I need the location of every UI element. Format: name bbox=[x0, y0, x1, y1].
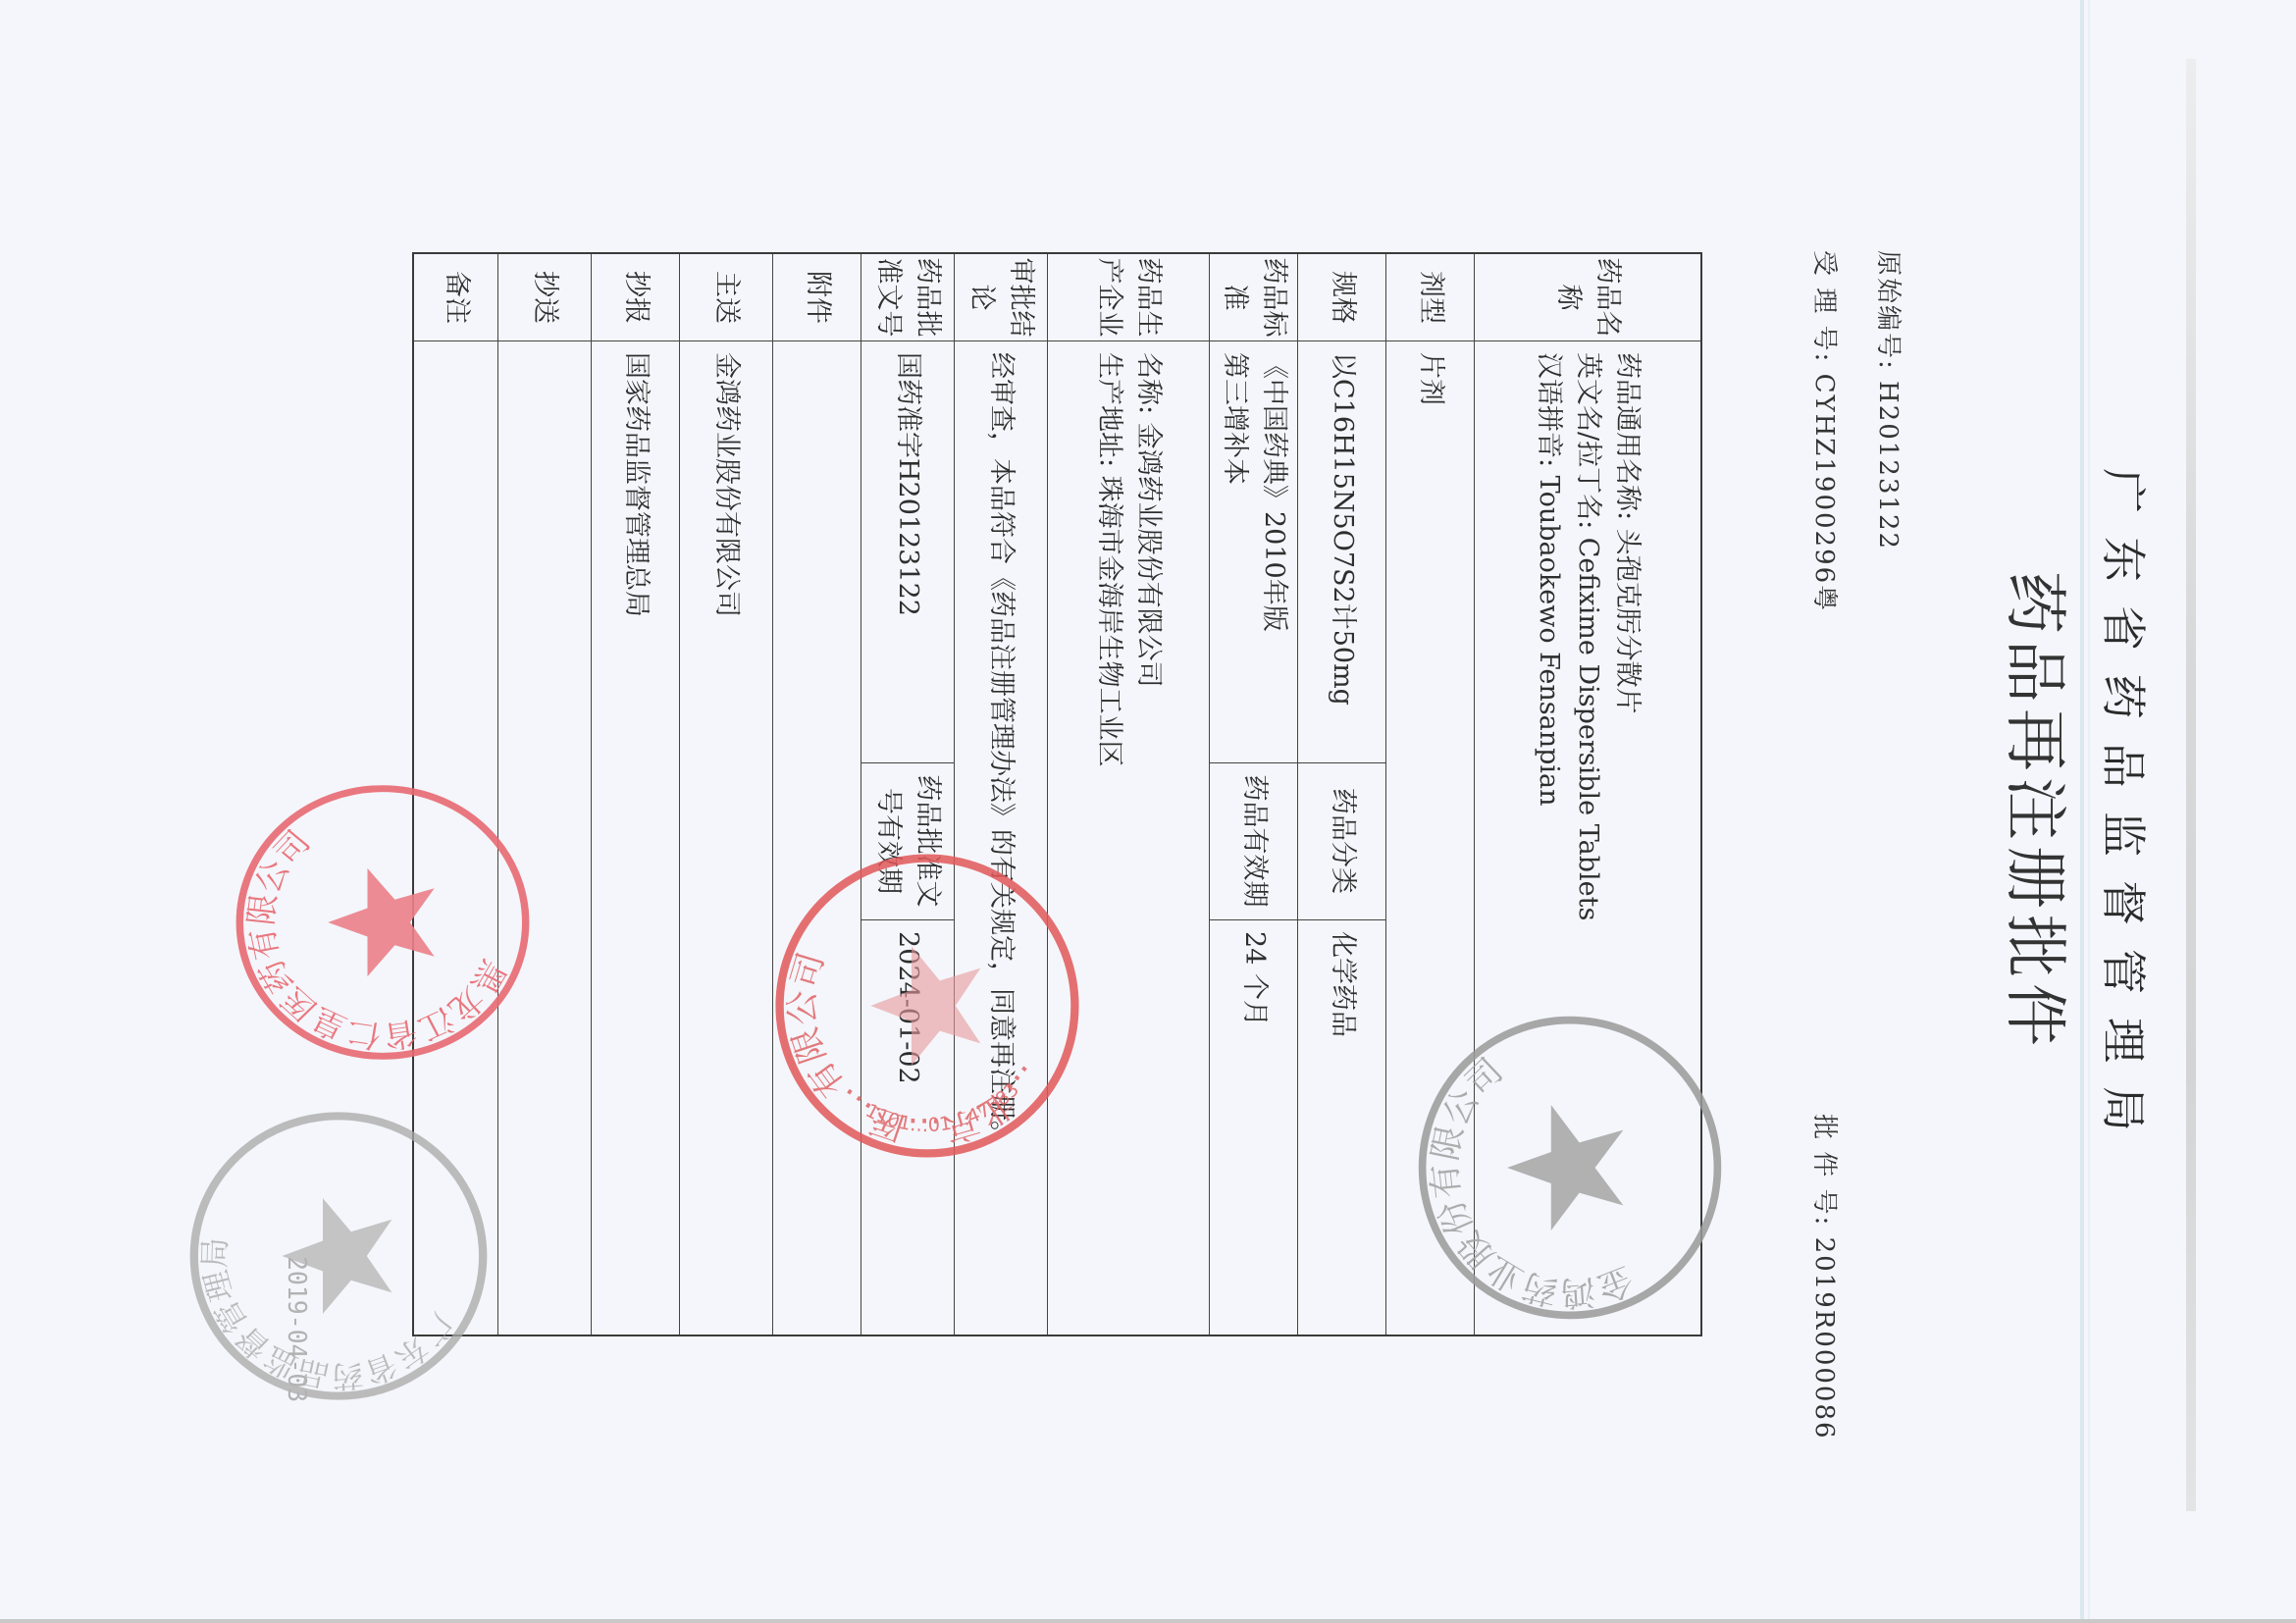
label-dosage-form: 剂型 bbox=[1386, 254, 1475, 340]
main-recipient-value: 金鸿药业股份有限公司 bbox=[680, 340, 773, 1335]
report-copy-value: 国家药品监督管理总局 bbox=[592, 340, 680, 1335]
company-seal-gray: 金鸿药业股份有限公司 bbox=[1413, 1011, 1727, 1325]
standard-line-2: 第三增补本 bbox=[1215, 352, 1254, 485]
label-drug-standard: 药品标准 bbox=[1210, 254, 1298, 340]
manufacturer-values: 名称: 金鸿药业股份有限公司 生产地址: 珠海市金海岸生物工业区 bbox=[1048, 340, 1210, 1335]
label-manufacturer: 药品生产企业 bbox=[1048, 254, 1210, 340]
label-specification: 规格 bbox=[1298, 254, 1386, 340]
pinyin-name: 汉语拼音: Toubaokewo Fensanpian bbox=[1529, 352, 1568, 807]
label-main-recipient: 主送 bbox=[680, 254, 773, 340]
approval-number-label: 批 件 号: bbox=[1809, 1114, 1839, 1227]
label-copy-to: 抄送 bbox=[498, 254, 592, 340]
label-approval-doc: 药品批准文号 bbox=[861, 254, 955, 340]
label-drug-name: 药品名称 bbox=[1475, 254, 1700, 340]
shelf-life-value: 24 个月 bbox=[1210, 919, 1298, 1335]
manufacturer-name: 名称: 金鸿药业股份有限公司 bbox=[1129, 352, 1169, 688]
approval-number: 批 件 号: 2019R000086 bbox=[1808, 1114, 1845, 1440]
generic-name: 药品通用名称: 头孢克肟分散片 bbox=[1607, 352, 1646, 714]
attachment-value bbox=[773, 340, 861, 1335]
specification-value: 以C16H15N5O7S2计50mg bbox=[1298, 340, 1386, 762]
label-attachment: 附件 bbox=[773, 254, 861, 340]
heilongjiang-seal-red: 黑龙江省仁皇医药有限公司 bbox=[231, 780, 535, 1065]
approval-doc-value: 国药准字H20123122 bbox=[861, 340, 955, 762]
label-drug-category: 药品分类 bbox=[1298, 762, 1386, 919]
acceptance-number: 受 理 号: CYHZ1900296粤 bbox=[1808, 250, 1845, 612]
guangdong-fda-seal-gray: 广东省药品监督管理局 2019-04-03 bbox=[182, 1104, 496, 1408]
acceptance-number-label: 受 理 号: bbox=[1809, 250, 1839, 363]
guangdong-seal-date: 2019-04-03 bbox=[283, 1256, 311, 1402]
conclusion-value: 经审查，本品符合《药品注册管理办法》的有关规定，同意再注册。 bbox=[955, 340, 1048, 1335]
original-number: 原始编号: H20123122 bbox=[1872, 250, 1908, 550]
standard-line-1: 《中国药典》2010年版 bbox=[1254, 352, 1293, 632]
beijing-pharma-seal-red: …北京…医…有限公司 1101…01…47583 bbox=[770, 849, 1084, 1163]
label-report-copy: 抄报 bbox=[592, 254, 680, 340]
original-number-value: H20123122 bbox=[1873, 381, 1903, 550]
document-title: 药品再注册批件 bbox=[1995, 0, 2085, 1623]
label-shelf-life: 药品有效期 bbox=[1210, 762, 1298, 919]
acceptance-number-value: CYHZ1900296粤 bbox=[1809, 374, 1839, 613]
label-conclusion: 审批结论 bbox=[955, 254, 1048, 340]
drug-category-value: 化学药品 bbox=[1298, 919, 1386, 1335]
drug-standard-value: 《中国药典》2010年版 第三增补本 bbox=[1210, 340, 1298, 762]
approval-number-value: 2019R000086 bbox=[1809, 1237, 1839, 1440]
english-name: 英文名/拉丁名: Cefixime Dispersible Tablets bbox=[1568, 352, 1607, 920]
manufacturer-address: 生产地址: 珠海市金海岸生物工业区 bbox=[1090, 352, 1129, 767]
issuing-agency: 广东省药品监督管理局 bbox=[2094, 0, 2159, 1623]
label-remarks: 备注 bbox=[414, 254, 498, 340]
original-number-label: 原始编号: bbox=[1873, 250, 1903, 371]
